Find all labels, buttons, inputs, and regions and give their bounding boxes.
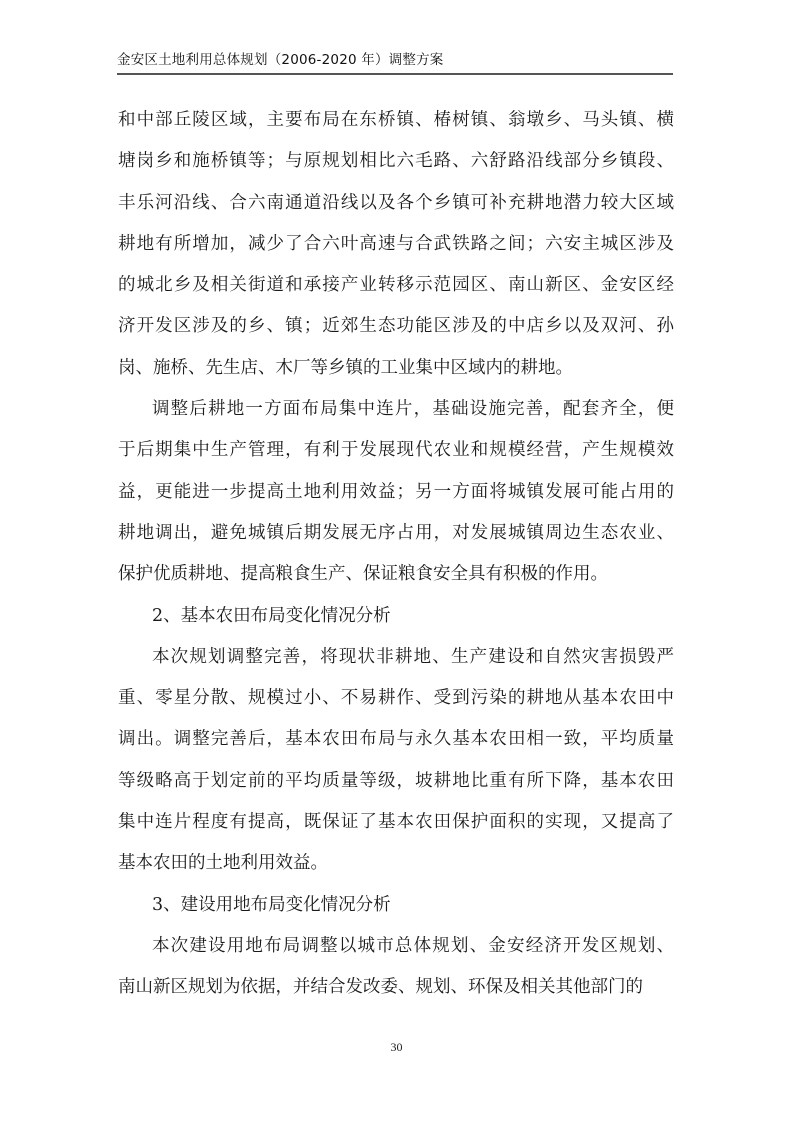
document-title: 金安区土地利用总体规划（2006-2020 年）调整方案 bbox=[117, 50, 673, 70]
heading-text: 2、基本农田布局变化情况分析 bbox=[118, 596, 674, 637]
text-line: 于后期集中生产管理，有利于发展现代农业和规模经营，产生规模效 bbox=[118, 430, 674, 471]
paragraph: 和中部丘陵区域，主要布局在东桥镇、椿树镇、翁墩乡、马头镇、横塘岗乡和施桥镇等；与… bbox=[118, 100, 674, 389]
text-line: 调出。调整完善后，基本农田布局与永久基本农田相一致，平均质量 bbox=[118, 719, 674, 760]
text-line: 保护优质耕地、提高粮食生产、保证粮食安全具有积极的作用。 bbox=[118, 554, 674, 595]
text-line: 等级略高于划定前的平均质量等级，坡耕地比重有所下降，基本农田 bbox=[118, 761, 674, 802]
paragraph: 本次规划调整完善，将现状非耕地、生产建设和自然灾害损毁严重、零星分散、规模过小、… bbox=[118, 637, 674, 885]
text-line: 济开发区涉及的乡、镇；近郊生态功能区涉及的中店乡以及双河、孙 bbox=[118, 306, 674, 347]
text-line: 耕地调出，避免城镇后期发展无序占用，对发展城镇周边生态农业、 bbox=[118, 513, 674, 554]
text-line: 耕地有所增加，减少了合六叶高速与合武铁路之间；六安主城区涉及 bbox=[118, 224, 674, 265]
text-line: 南山新区规划为依据，并结合发改委、规划、环保及相关其他部门的 bbox=[118, 967, 674, 1008]
paragraph: 本次建设用地布局调整以城市总体规划、金安经济开发区规划、南山新区规划为依据，并结… bbox=[118, 926, 674, 1009]
text-line: 和中部丘陵区域，主要布局在东桥镇、椿树镇、翁墩乡、马头镇、横 bbox=[118, 100, 674, 141]
page-number: 30 bbox=[0, 1040, 793, 1055]
document-body: 和中部丘陵区域，主要布局在东桥镇、椿树镇、翁墩乡、马头镇、横塘岗乡和施桥镇等；与… bbox=[118, 100, 674, 1009]
text-line: 丰乐河沿线、合六南通道沿线以及各个乡镇可补充耕地潜力较大区域 bbox=[118, 183, 674, 224]
section-heading: 3、建设用地布局变化情况分析 bbox=[118, 885, 674, 926]
text-line: 塘岗乡和施桥镇等；与原规划相比六毛路、六舒路沿线部分乡镇段、 bbox=[118, 141, 674, 182]
text-line: 益，更能进一步提高土地利用效益；另一方面将城镇发展可能占用的 bbox=[118, 472, 674, 513]
paragraph: 调整后耕地一方面布局集中连片，基础设施完善，配套齐全，便于后期集中生产管理，有利… bbox=[118, 389, 674, 595]
text-line: 调整后耕地一方面布局集中连片，基础设施完善，配套齐全，便 bbox=[118, 389, 674, 430]
heading-text: 3、建设用地布局变化情况分析 bbox=[118, 885, 674, 926]
section-heading: 2、基本农田布局变化情况分析 bbox=[118, 596, 674, 637]
text-line: 本次规划调整完善，将现状非耕地、生产建设和自然灾害损毁严 bbox=[118, 637, 674, 678]
text-line: 的城北乡及相关街道和承接产业转移示范园区、南山新区、金安区经 bbox=[118, 265, 674, 306]
text-line: 本次建设用地布局调整以城市总体规划、金安经济开发区规划、 bbox=[118, 926, 674, 967]
text-line: 集中连片程度有提高，既保证了基本农田保护面积的实现，又提高了 bbox=[118, 802, 674, 843]
text-line: 重、零星分散、规模过小、不易耕作、受到污染的耕地从基本农田中 bbox=[118, 678, 674, 719]
page-header: 金安区土地利用总体规划（2006-2020 年）调整方案 bbox=[117, 50, 673, 75]
header-divider bbox=[117, 73, 673, 75]
text-line: 基本农田的土地利用效益。 bbox=[118, 843, 674, 884]
text-line: 岗、施桥、先生店、木厂等乡镇的工业集中区域内的耕地。 bbox=[118, 348, 674, 389]
